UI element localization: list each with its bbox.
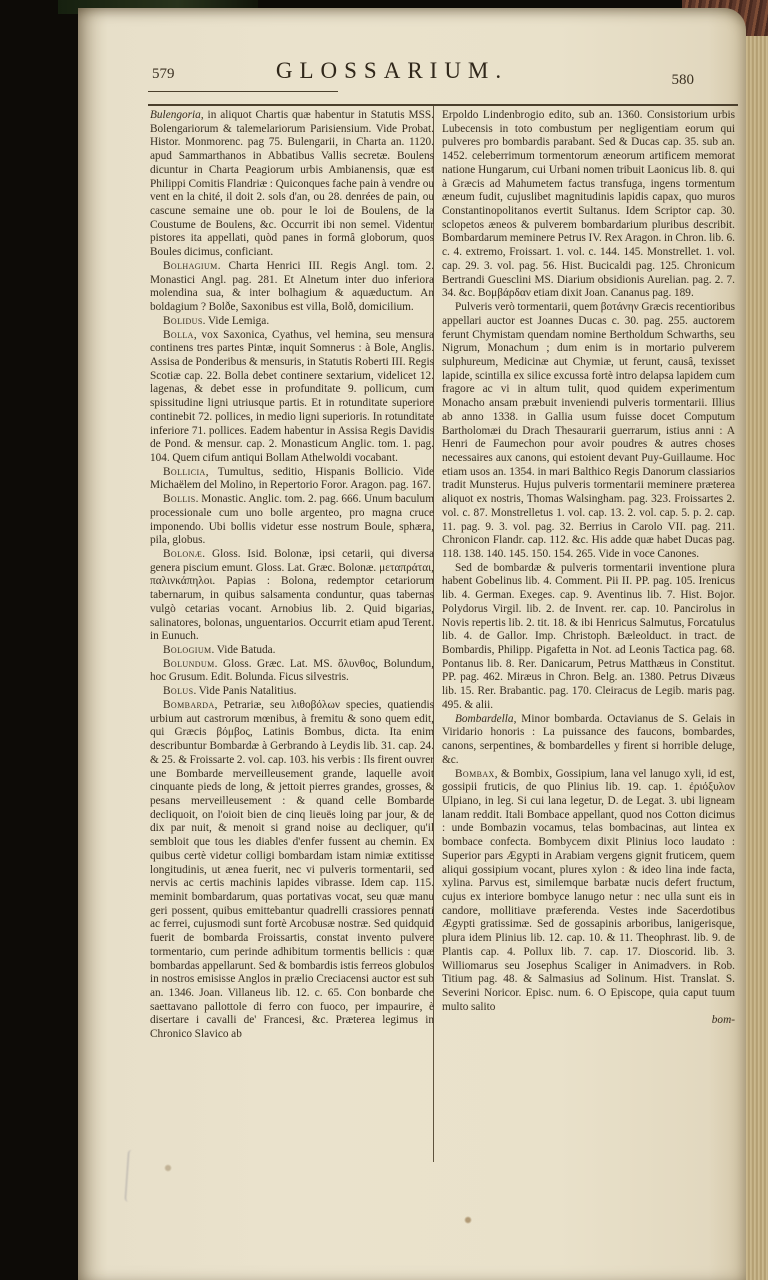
- glossary-paragraph: Bolhagium. Charta Henrici III. Regis Ang…: [150, 260, 434, 315]
- entry-headword: Bombardella: [455, 713, 514, 725]
- text-column-right: Erpoldo Lindenbrogio edito, sub an. 1360…: [442, 109, 735, 1028]
- entry-body: . Vide Lemiga.: [203, 315, 269, 327]
- book-page: 579 GLOSSARIUM. 580 Bulengoria, in aliqu…: [78, 8, 746, 1280]
- page-number-right: 580: [672, 72, 695, 89]
- entry-headword: Bombax: [455, 768, 495, 780]
- glossary-paragraph: Bolidus. Vide Lemiga.: [150, 315, 434, 329]
- glossary-paragraph: Bolonæ. Gloss. Isid. Bolonæ, ipsi cetari…: [150, 548, 434, 644]
- entry-headword: Bologium: [163, 644, 212, 656]
- glossary-paragraph: Bolla, vox Saxonica, Cyathus, vel hemina…: [150, 329, 434, 466]
- entry-headword: Bolla: [163, 329, 194, 341]
- entry-body: Pulveris verò tormentarii, quem βοτάνην …: [442, 301, 735, 560]
- glossary-paragraph: Bolundum. Gloss. Græc. Lat. MS. ὄλυνθος,…: [150, 658, 434, 685]
- glossary-paragraph: Bologium. Vide Batuda.: [150, 644, 434, 658]
- entry-headword: Bolundum: [163, 658, 215, 670]
- entry-headword: Bolonæ: [163, 548, 202, 560]
- entry-headword: Bollis: [163, 493, 196, 505]
- entry-body: Sed de bombardæ & pulveris tormentarii i…: [442, 562, 735, 711]
- glossary-paragraph: Erpoldo Lindenbrogio edito, sub an. 1360…: [442, 109, 735, 301]
- entry-body: Erpoldo Lindenbrogio edito, sub an. 1360…: [442, 109, 735, 299]
- entry-headword: Bolidus: [163, 315, 203, 327]
- glossary-paragraph: Bolus. Vide Panis Natalitius.: [150, 685, 434, 699]
- entry-headword: Bolus: [163, 685, 193, 697]
- glossary-paragraph: Bombax, & Bombix, Gossipium, lana vel la…: [442, 768, 735, 1015]
- glossary-paragraph: Pulveris verò tormentarii, quem βοτάνην …: [442, 301, 735, 562]
- entry-body: . Vide Batuda.: [212, 644, 276, 656]
- text-column-left: Bulengoria, in aliquot Chartis quæ haben…: [150, 109, 434, 1042]
- header-rule: [148, 104, 738, 106]
- entry-headword: Bollicia: [163, 466, 206, 478]
- entry-body: , vox Saxonica, Cyathus, vel hemina, seu…: [150, 329, 434, 464]
- entry-body: , & Bombix, Gossipium, lana vel lanugo x…: [442, 768, 735, 1013]
- entry-headword: Bolhagium: [163, 260, 218, 272]
- entry-body: . Vide Panis Natalitius.: [193, 685, 296, 697]
- book-photo: 579 GLOSSARIUM. 580 Bulengoria, in aliqu…: [0, 0, 768, 1280]
- entry-body: , in aliquot Chartis quæ habentur in Sta…: [150, 109, 434, 258]
- glossary-paragraph: Bombarda, Petrariæ, seu λιθοβόλων specie…: [150, 699, 434, 1042]
- glossary-paragraph: Bollis. Monastic. Anglic. tom. 2. pag. 6…: [150, 493, 434, 548]
- entry-body: , Petrariæ, seu λιθοβόλων species, quati…: [150, 699, 434, 1040]
- glossary-paragraph: Bulengoria, in aliquot Chartis quæ haben…: [150, 109, 434, 260]
- glossary-paragraph: Bollicia, Tumultus, seditio, Hispanis Bo…: [150, 466, 434, 493]
- glossary-paragraph: Bombardella, Minor bombarda. Octavianus …: [442, 713, 735, 768]
- entry-headword: Bulengoria: [150, 109, 201, 121]
- entry-body: . Gloss. Isid. Bolonæ, ipsi cetarii, qui…: [150, 548, 434, 642]
- entry-headword: Bombarda: [163, 699, 215, 711]
- glossary-paragraph: Sed de bombardæ & pulveris tormentarii i…: [442, 562, 735, 713]
- running-title: GLOSSARIUM.: [78, 58, 706, 84]
- catchword: bom-: [442, 1014, 735, 1028]
- header-rule-segment: [148, 91, 338, 92]
